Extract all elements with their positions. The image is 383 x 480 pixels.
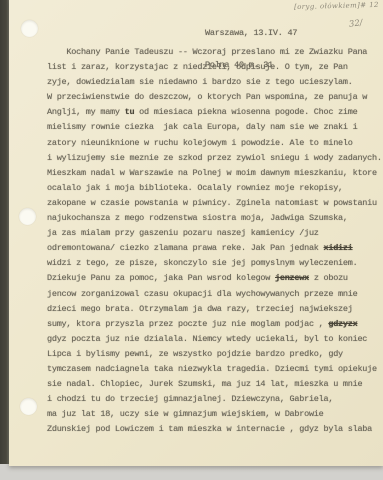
- letter-line: Anglji, my mamy tu od miesiaca piekna wi…: [47, 105, 382, 120]
- punch-hole: [19, 208, 36, 225]
- typed-text: sumy, ktora przyszla przez poczte juz ni…: [47, 319, 328, 329]
- punch-hole: [21, 20, 38, 37]
- letter-line: odremontowana/ ciezko zlamana prawa reke…: [47, 241, 382, 256]
- letter-page: [oryg. ołówkiem]# 12 32/ Warszawa, 13.IV…: [9, 0, 383, 466]
- letter-line: i chodzi tu do trzeciej gimnazjalnej. Dz…: [47, 392, 382, 407]
- page-number-annotation: 32/: [348, 18, 363, 30]
- typed-text: Lipca i bylismy pewni, ze wszystko pojdz…: [47, 349, 343, 359]
- letter-line: i wylizujemy sie meznie ze szkod przez z…: [47, 151, 382, 166]
- letter-line: jencow zorganizowal czasu okupacji dla w…: [47, 287, 382, 302]
- letter-line: Lipca i bylismy pewni, ze wszystko pojdz…: [47, 347, 382, 362]
- letter-line: Kochany Panie Tadeuszu -- Wczoraj przesl…: [47, 45, 382, 60]
- typed-text: tymczasem nadciagnela taka niezwykla tra…: [47, 364, 377, 374]
- typed-text: zatory nieuniknione w ruchu kolejowym i …: [47, 138, 353, 148]
- typed-text: z obozu: [309, 273, 348, 283]
- overtyped-text: gdzyzx: [328, 319, 357, 329]
- letter-line: sie nadal. Chlopiec, Jurek Szumski, ma j…: [47, 377, 382, 392]
- overtyped-text: tu: [125, 107, 135, 117]
- typed-text: Kochany Panie Tadeuszu -- Wczoraj przesl…: [47, 47, 367, 57]
- typed-text: ma juz lat 18, uczy sie w gimnazjum wiej…: [47, 409, 324, 419]
- overtyped-text: xidizi: [324, 243, 353, 253]
- punch-hole: [20, 398, 37, 415]
- letter-line: najukochansza z mego rodzenstwa siostra …: [47, 211, 382, 226]
- letter-line: Mieszkam nadal w Warszawie na Polnej w m…: [47, 166, 382, 181]
- overtyped-text: jenzewx: [275, 273, 309, 283]
- pencil-annotation: [oryg. ołówkiem]# 12: [294, 1, 379, 11]
- letter-line: widzi z tego, ze pisze, skonczylo sie je…: [47, 256, 382, 271]
- letter-line: zyje, dowiedzialam sie niedawno i bardzo…: [47, 75, 382, 90]
- typed-text: Anglji, my mamy: [47, 107, 125, 117]
- typed-text: dzieci mego brata. Otrzymalam ja dwa raz…: [47, 304, 353, 314]
- letter-scan: [oryg. ołówkiem]# 12 32/ Warszawa, 13.IV…: [0, 0, 383, 480]
- letter-line: zakopane w czasie powstania w piwnicy. Z…: [47, 196, 382, 211]
- letter-line: ma juz lat 18, uczy sie w gimnazjum wiej…: [47, 407, 382, 422]
- typed-text: W przeciwienstwie do deszczow, o ktorych…: [47, 92, 367, 102]
- letter-line: W przeciwienstwie do deszczow, o ktorych…: [47, 90, 382, 105]
- typed-text: ja zas mialam przy gaszeniu pozaru nasze…: [47, 228, 319, 238]
- letter-dateline: Warszawa, 13.IV. 47: [205, 28, 297, 39]
- typed-text: zakopane w czasie powstania w piwnicy. Z…: [47, 198, 377, 208]
- typed-text: Mieszkam nadal w Warszawie na Polnej w m…: [47, 168, 377, 178]
- typed-text: najukochansza z mego rodzenstwa siostra …: [47, 213, 348, 223]
- letter-line: Zdunskiej pod Lowiczem i tam mieszka w i…: [47, 422, 382, 437]
- letter-line: sumy, ktora przyszla przez poczte juz ni…: [47, 317, 382, 332]
- typed-text: Zdunskiej pod Lowiczem i tam mieszka w i…: [47, 424, 372, 434]
- letter-line: ocalalo jak i moja biblioteka. Ocalaly r…: [47, 181, 382, 196]
- typed-text: sie nadal. Chlopiec, Jurek Szumski, ma j…: [47, 379, 362, 389]
- scan-edge-shadow: [0, 0, 9, 464]
- letter-line: tymczasem nadciagnela taka niezwykla tra…: [47, 362, 382, 377]
- letter-line: mielismy rownie ciezka jak cala Europa, …: [47, 120, 382, 135]
- letter-line: ja zas mialam przy gaszeniu pozaru nasze…: [47, 226, 382, 241]
- letter-line: dzieci mego brata. Otrzymalam ja dwa raz…: [47, 302, 382, 317]
- typed-text: widzi z tego, ze pisze, skonczylo sie je…: [47, 258, 357, 268]
- typed-text: odremontowana/ ciezko zlamana prawa reke…: [47, 243, 324, 253]
- typed-text: gdyz poczta juz nie dzialala. Niemcy wte…: [47, 334, 367, 344]
- typed-text: zyje, dowiedzialam sie niedawno i bardzo…: [47, 77, 353, 87]
- typed-text: Dziekuje Panu za pomoc, jaka Pan wsrod k…: [47, 273, 275, 283]
- letter-body: Kochany Panie Tadeuszu -- Wczoraj przesl…: [47, 45, 382, 437]
- typed-text: od miesiaca piekna wiosenna pogode. Choc…: [134, 107, 357, 117]
- typed-text: i wylizujemy sie meznie ze szkod przez z…: [47, 153, 382, 163]
- typed-text: jencow zorganizowal czasu okupacji dla w…: [47, 289, 357, 299]
- typed-text: mielismy rownie ciezka jak cala Europa, …: [47, 122, 357, 132]
- letter-line: list i zaraz, korzystajac z niedzieli, o…: [47, 60, 382, 75]
- typed-text: ocalalo jak i moja biblioteka. Ocalaly r…: [47, 183, 343, 193]
- letter-line: gdyz poczta juz nie dzialala. Niemcy wte…: [47, 332, 382, 347]
- letter-line: Dziekuje Panu za pomoc, jaka Pan wsrod k…: [47, 271, 382, 286]
- typed-text: list i zaraz, korzystajac z niedzieli, o…: [47, 62, 348, 72]
- letter-line: zatory nieuniknione w ruchu kolejowym i …: [47, 136, 382, 151]
- typed-text: i chodzi tu do trzeciej gimnazjalnej. Dz…: [47, 394, 333, 404]
